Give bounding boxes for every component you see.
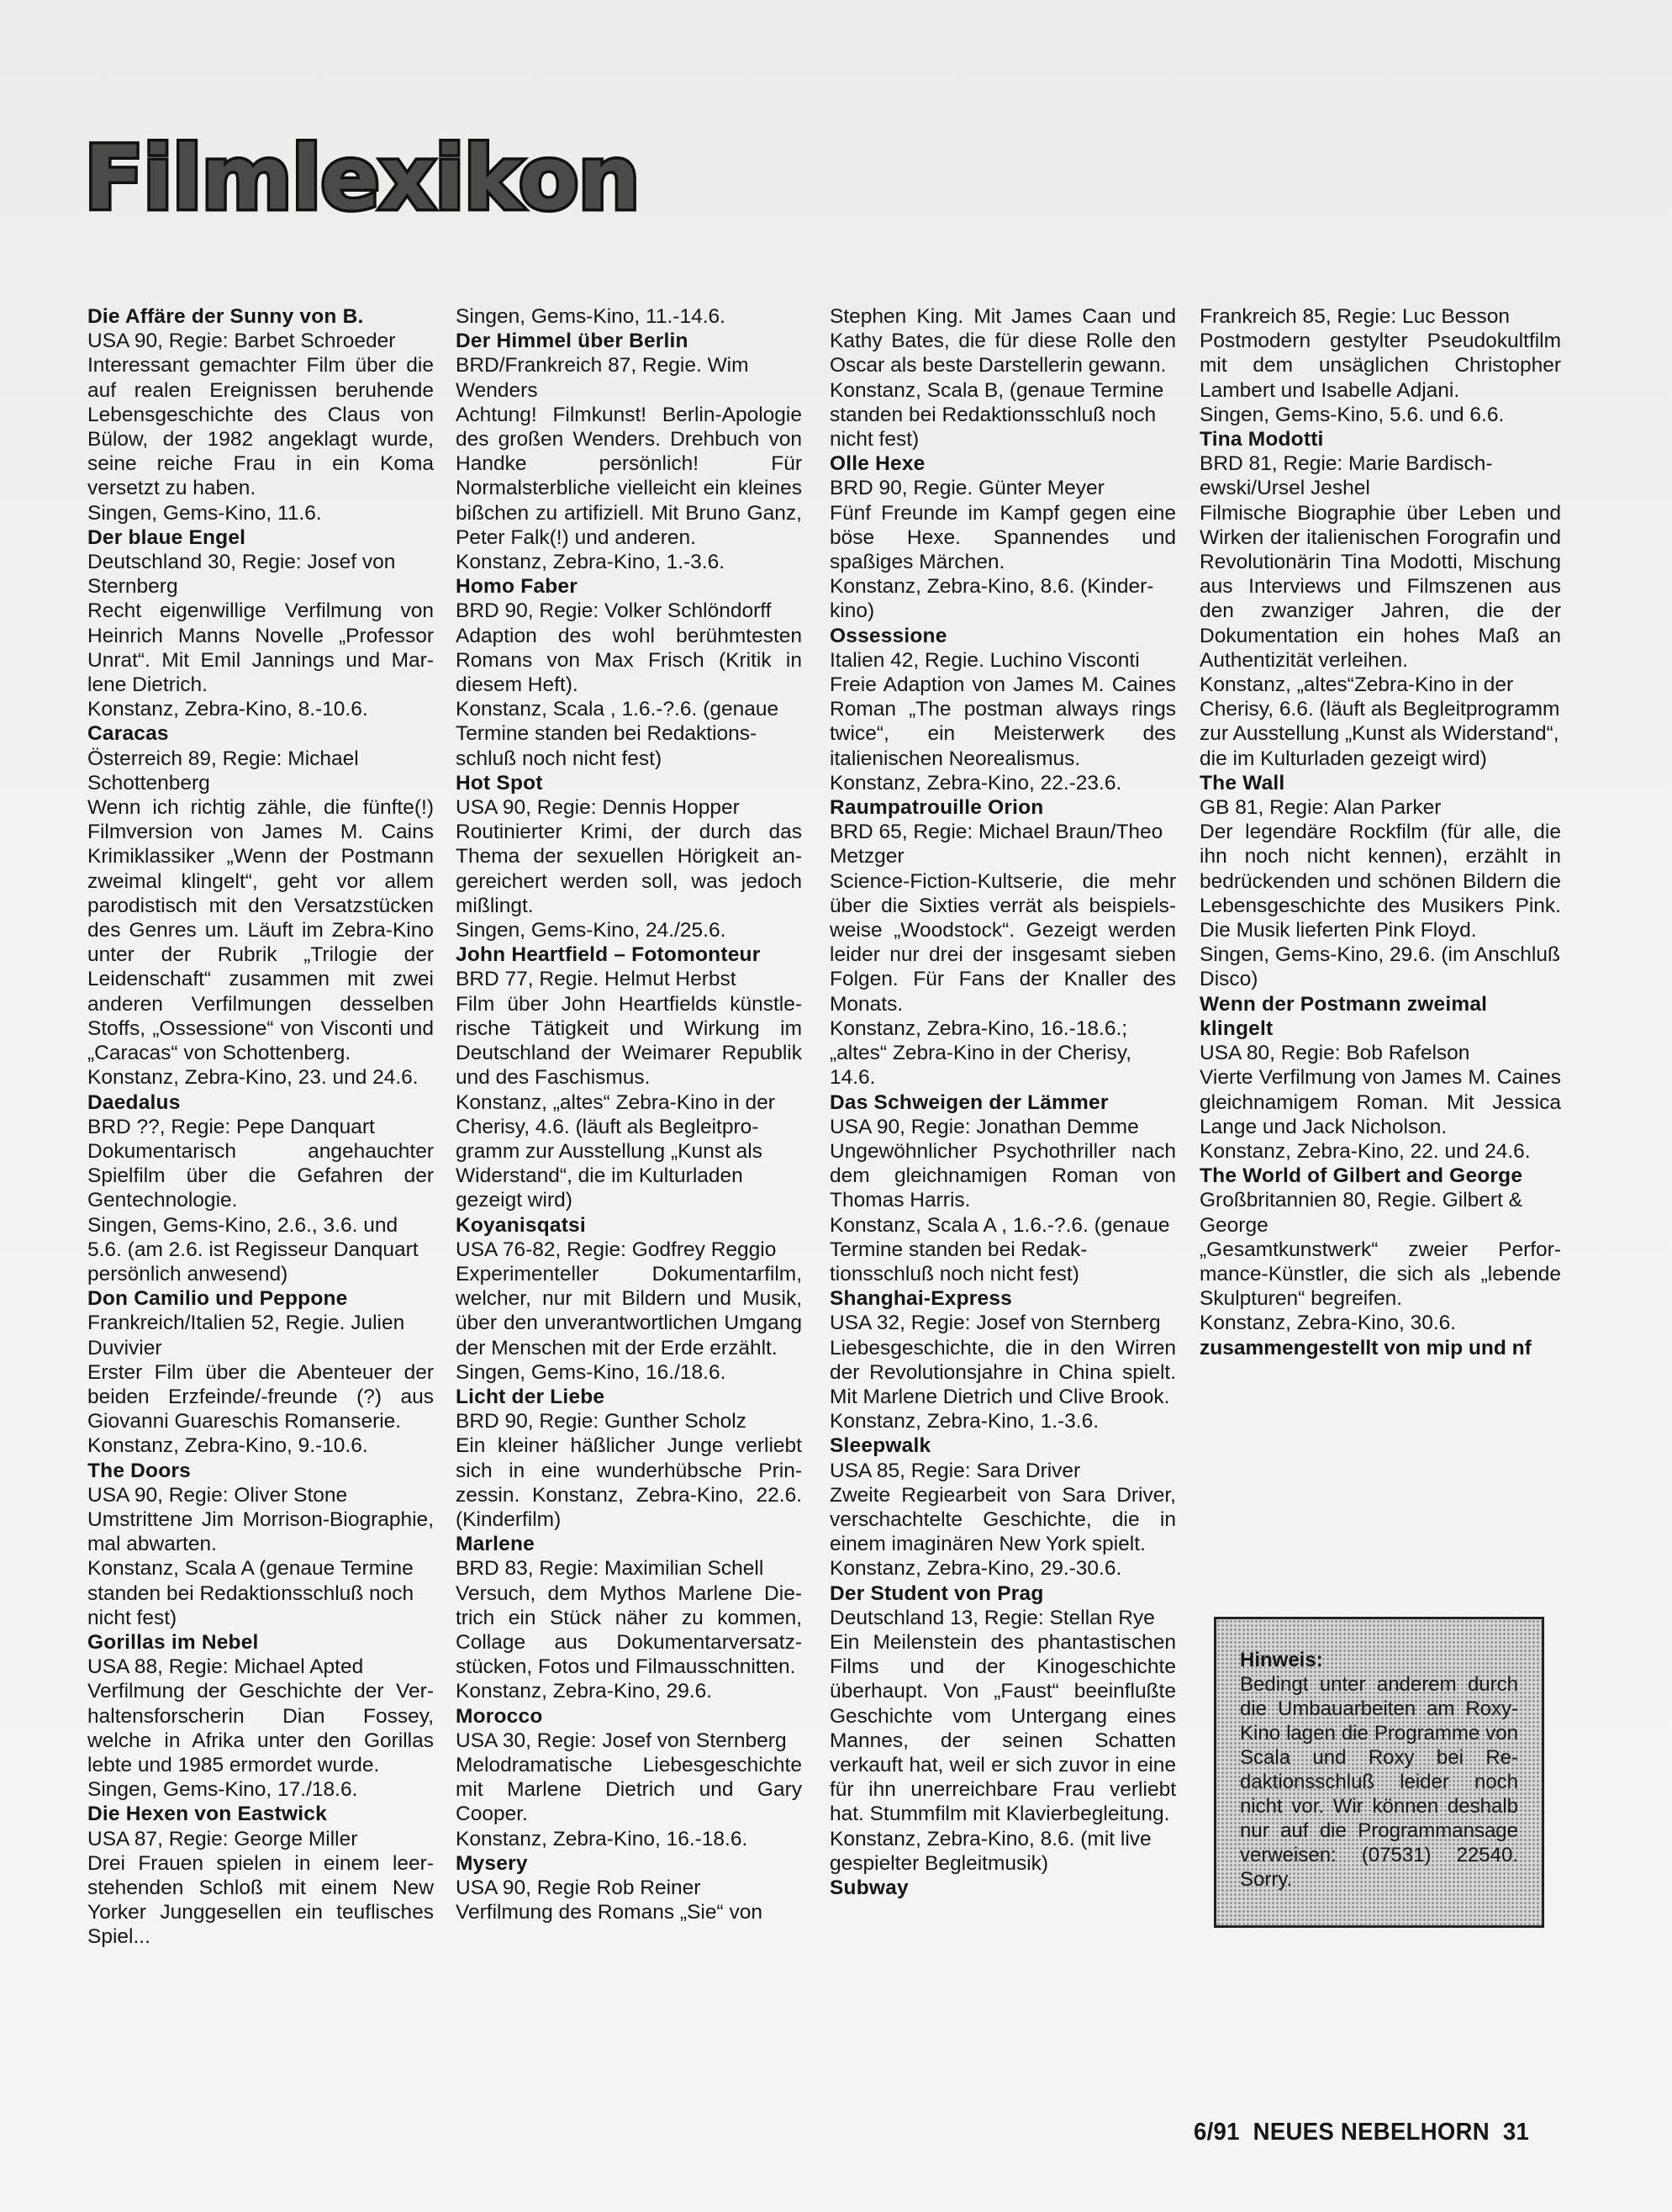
film-venue: Singen, Gems-Kino, 5.6. und 6.6. bbox=[1200, 403, 1561, 427]
film-meta: BRD 65, Regie: Michael Braun/Theo Metzge… bbox=[830, 820, 1176, 868]
film-entry: Subway bbox=[830, 1876, 1176, 1900]
film-title: The Wall bbox=[1200, 771, 1561, 795]
film-entry: The Wall GB 81, Regie: Alan Parker Der l… bbox=[1200, 771, 1561, 992]
film-entry: Der Himmel über Berlin BRD/Frankreich 87… bbox=[456, 329, 802, 574]
film-entry: Der blaue Engel Deutschland 30, Regie: J… bbox=[87, 525, 434, 722]
film-meta: USA 30, Regie: Josef von Stern­berg bbox=[456, 1729, 802, 1753]
film-meta: USA 80, Regie: Bob Rafelson bbox=[1200, 1041, 1561, 1065]
film-description: Adaption des wohl berühmtesten Romans vo… bbox=[456, 624, 802, 698]
column-2: Singen, Gems-Kino, 11.-14.6. Der Himmel … bbox=[456, 304, 802, 1924]
film-venue: Konstanz, Zebra-Kino, 22. und 24.6. bbox=[1200, 1139, 1561, 1164]
film-venue: Singen, Gems-Kino, 2.6., 3.6. und 5.6. (… bbox=[87, 1213, 434, 1287]
film-description: Stephen King. Mit James Caan und Kathy B… bbox=[830, 304, 1176, 378]
film-entry: Gorillas im Nebel USA 88, Regie: Michael… bbox=[87, 1630, 434, 1802]
film-venue: Konstanz, Zebra-Kino, 8.6. (Kinder­kino) bbox=[830, 574, 1176, 623]
film-entry: Homo Faber BRD 90, Regie: Volker Schlönd… bbox=[456, 574, 802, 771]
film-meta: USA 90, Regie: Barbet Schroeder bbox=[87, 329, 434, 353]
film-title: Homo Faber bbox=[456, 574, 802, 599]
film-description: Verfilmung des Romans „Sie“ von bbox=[456, 1900, 802, 1924]
film-venue: Konstanz, Zebra-Kino, 8.-10.6. bbox=[87, 697, 434, 721]
film-description: Melodramatische Liebesgeschich­te mit Ma… bbox=[456, 1753, 802, 1827]
film-entry: Der Student von Prag Deutschland 13, Reg… bbox=[830, 1581, 1176, 1876]
film-meta: BRD/Frankreich 87, Regie. Wim Wenders bbox=[456, 353, 802, 402]
film-venue: Konstanz, Scala A (genaue Termi­ne stand… bbox=[87, 1556, 434, 1630]
film-description: Filmische Biographie über Leben und Wirk… bbox=[1200, 501, 1561, 673]
film-venue: Singen, Gems-Kino, 24./25.6. bbox=[456, 918, 802, 942]
film-description: Ungewöhnlicher Psychothriller nach dem g… bbox=[830, 1139, 1176, 1213]
film-entry: Die Hexen von Eastwick USA 87, Regie: Ge… bbox=[87, 1802, 434, 1949]
film-venue: Singen, Gems-Kino, 17./18.6. bbox=[87, 1777, 434, 1802]
film-venue: Konstanz, Zebra-Kino, 9.-10.6. bbox=[87, 1433, 434, 1458]
film-title: Mysery bbox=[456, 1851, 802, 1876]
film-venue: Konstanz, „altes“Zebra-Kino in der Cheri… bbox=[1200, 673, 1561, 771]
film-description: Ein Meilenstein des phantasti­schen Film… bbox=[830, 1630, 1176, 1827]
film-venue: Konstanz, Zebra-Kino, 16.-18.6. bbox=[456, 1827, 802, 1851]
film-description: Interessant gemachter Film über die auf … bbox=[87, 353, 434, 500]
film-venue: Konstanz, Scala B, (genaue Termi­ne stan… bbox=[830, 378, 1176, 452]
film-venue: Konstanz, „altes“ Zebra-Kino in der Cher… bbox=[456, 1090, 802, 1213]
film-meta: USA 85, Regie: Sara Driver bbox=[830, 1459, 1176, 1483]
film-meta: Österreich 89, Regie: Michael Schottenbe… bbox=[87, 747, 434, 795]
page-footer: 6/91 NEUES NEBELHORN 31 bbox=[1194, 2119, 1529, 2146]
film-title: Die Affäre der Sunny von B. bbox=[87, 304, 434, 329]
film-title: Tina Modotti bbox=[1200, 427, 1561, 451]
film-venue: Konstanz, Zebra-Kino, 1.-3.6. bbox=[830, 1409, 1176, 1433]
notice-text: Bedingt unter anderem durch die Umbauarb… bbox=[1240, 1672, 1518, 1892]
notice-title: Hinweis: bbox=[1240, 1648, 1518, 1672]
film-meta: GB 81, Regie: Alan Parker bbox=[1200, 795, 1561, 820]
film-meta: Italien 42, Regie. Luchino Visconti bbox=[830, 648, 1176, 673]
film-meta: BRD ??, Regie: Pepe Danquart bbox=[87, 1115, 434, 1139]
film-meta: Deutschland 13, Regie: Stellan Rye bbox=[830, 1606, 1176, 1630]
film-entry: Olle Hexe BRD 90, Regie. Günter Meyer Fü… bbox=[830, 451, 1176, 623]
film-meta: BRD 81, Regie: Marie Bardisch­ewski/Urse… bbox=[1200, 451, 1561, 500]
film-description: Ein kleiner häßlicher Junge verliebt sic… bbox=[456, 1433, 802, 1532]
film-venue: Konstanz, Scala , 1.6.-?.6. (genaue Term… bbox=[456, 697, 802, 771]
film-description: Science-Fiction-Kultserie, die mehr über… bbox=[830, 869, 1176, 1016]
film-entry: Ossessione Italien 42, Regie. Luchino Vi… bbox=[830, 624, 1176, 795]
film-title: Ossessione bbox=[830, 624, 1176, 648]
film-meta: Frankreich 85, Regie: Luc Besson bbox=[1200, 304, 1561, 329]
film-title: Shanghai-Express bbox=[830, 1286, 1176, 1311]
film-description: Umstrittene Jim Morrison-Biogra­phie, ma… bbox=[87, 1507, 434, 1556]
film-entry: Caracas Österreich 89, Regie: Michael Sc… bbox=[87, 721, 434, 1090]
film-meta: Großbritannien 80, Regie. Gilbert & Geor… bbox=[1200, 1188, 1561, 1237]
film-entry: Daedalus BRD ??, Regie: Pepe Danquart Do… bbox=[87, 1090, 434, 1287]
film-venue: Konstanz, Zebra-Kino, 30.6. bbox=[1200, 1311, 1561, 1335]
film-title: Daedalus bbox=[87, 1090, 434, 1115]
film-title: Licht der Liebe bbox=[456, 1385, 802, 1409]
film-entry: Morocco USA 30, Regie: Josef von Stern­b… bbox=[456, 1704, 802, 1851]
film-venue: Konstanz, Scala A , 1.6.-?.6. (ge­naue T… bbox=[830, 1213, 1176, 1287]
film-meta: USA 87, Regie: George Miller bbox=[87, 1827, 434, 1851]
film-description: Recht eigenwillige Verfilmung von Heinri… bbox=[87, 599, 434, 697]
film-meta: BRD 90, Regie. Günter Meyer bbox=[830, 476, 1176, 500]
film-meta: Frankreich/Italien 52, Regie. Julien Duv… bbox=[87, 1311, 434, 1359]
film-title: The World of Gilbert and George bbox=[1200, 1164, 1561, 1188]
film-description: Film über John Heartfields künstle­risch… bbox=[456, 992, 802, 1090]
film-description: Routinierter Krimi, der durch das Thema … bbox=[456, 820, 802, 918]
film-entry: Die Affäre der Sunny von B. USA 90, Regi… bbox=[87, 304, 434, 525]
film-description: Erster Film über die Abenteuer der beide… bbox=[87, 1360, 434, 1434]
film-description: „Gesamtkunstwerk“ zweier Perfor­mance-Kü… bbox=[1200, 1238, 1561, 1312]
film-entry: Mysery USA 90, Regie Rob Reiner Verfilmu… bbox=[456, 1851, 802, 1925]
film-meta: USA 76-82, Regie: Godfrey Reggio bbox=[456, 1238, 802, 1262]
film-entry: Das Schweigen der Lämmer USA 90, Regie: … bbox=[830, 1090, 1176, 1287]
film-title: John Heartfield – Fotomonteur bbox=[456, 942, 802, 967]
film-title: Olle Hexe bbox=[830, 451, 1176, 476]
film-title: Hot Spot bbox=[456, 771, 802, 795]
film-title: Koyanisqatsi bbox=[456, 1213, 802, 1238]
film-venue: Konstanz, Zebra-Kino, 22.-23.6. bbox=[830, 771, 1176, 795]
film-title: Gorillas im Nebel bbox=[87, 1630, 434, 1655]
credits: zusammengestellt von mip und nf bbox=[1200, 1336, 1561, 1360]
film-venue: Singen, Gems-Kino, 11.6. bbox=[87, 501, 434, 525]
film-title: Caracas bbox=[87, 721, 434, 746]
film-description: Postmodern gestylter Pseudokult­film mit… bbox=[1200, 329, 1561, 403]
page-title: Filmlexikon bbox=[84, 135, 639, 222]
film-meta: Deutschland 30, Regie: Josef von Sternbe… bbox=[87, 550, 434, 599]
film-venue: Konstanz, Zebra-Kino, 29.-30.6. bbox=[830, 1556, 1176, 1581]
film-title: Marlene bbox=[456, 1532, 802, 1556]
film-description: Verfilmung der Geschichte der Ver­halten… bbox=[87, 1679, 434, 1777]
film-venue: Konstanz, Zebra-Kino, 23. und 24.6. bbox=[87, 1065, 434, 1090]
film-meta: USA 88, Regie: Michael Apted bbox=[87, 1655, 434, 1679]
film-entry: The World of Gilbert and George Großbrit… bbox=[1200, 1164, 1561, 1335]
film-entry: Don Camilio und Peppone Frankreich/Itali… bbox=[87, 1286, 434, 1458]
film-meta: BRD 83, Regie: Maximilian Schell bbox=[456, 1556, 802, 1581]
film-meta: BRD 77, Regie. Helmut Herbst bbox=[456, 967, 802, 991]
film-venue: Konstanz, Zebra-Kino, 16.-18.6.; „altes“… bbox=[830, 1016, 1176, 1090]
film-meta: BRD 90, Regie: Gunther Scholz bbox=[456, 1409, 802, 1433]
film-title: Der Student von Prag bbox=[830, 1581, 1176, 1606]
film-venue: Singen, Gems-Kino, 11.-14.6. bbox=[456, 304, 802, 329]
film-entry: Koyanisqatsi USA 76-82, Regie: Godfrey R… bbox=[456, 1213, 802, 1385]
film-title: Der Himmel über Berlin bbox=[456, 329, 802, 353]
column-1: Die Affäre der Sunny von B. USA 90, Regi… bbox=[87, 304, 434, 1950]
film-description: Vierte Verfilmung von James M. Caines gl… bbox=[1200, 1065, 1561, 1139]
film-description: Wenn ich richtig zähle, die fünfte(!) Fi… bbox=[87, 795, 434, 1065]
film-entry: Wenn der Postmann zweimal klingelt USA 8… bbox=[1200, 992, 1561, 1164]
film-title: Wenn der Postmann zweimal klingelt bbox=[1200, 992, 1561, 1041]
film-meta: USA 90, Regie: Dennis Hopper bbox=[456, 795, 802, 820]
film-description: Drei Frauen spielen in einem leer­stehen… bbox=[87, 1851, 434, 1950]
film-description: Freie Adaption von James M. Cai­nes Roma… bbox=[830, 673, 1176, 771]
film-entry: Tina Modotti BRD 81, Regie: Marie Bardis… bbox=[1200, 427, 1561, 771]
film-description: Achtung! Filmkunst! Berlin-Apolo­gie des… bbox=[456, 403, 802, 550]
film-entry: The Doors USA 90, Regie: Oliver Stone Um… bbox=[87, 1459, 434, 1630]
film-meta: USA 90, Regie Rob Reiner bbox=[456, 1876, 802, 1900]
film-entry: Licht der Liebe BRD 90, Regie: Gunther S… bbox=[456, 1385, 802, 1532]
film-venue: Konstanz, Zebra-Kino, 29.6. bbox=[456, 1679, 802, 1703]
film-title: Der blaue Engel bbox=[87, 525, 434, 550]
film-description: Versuch, dem Mythos Marlene Die­trich ei… bbox=[456, 1581, 802, 1680]
film-title: Das Schweigen der Lämmer bbox=[830, 1090, 1176, 1115]
film-meta: USA 90, Regie: Oliver Stone bbox=[87, 1483, 434, 1507]
film-venue: Singen, Gems-Kino, 29.6. (im An­schluß D… bbox=[1200, 942, 1561, 991]
film-title: Raumpatrouille Orion bbox=[830, 795, 1176, 820]
film-description: Dokumentarisch angehauchter Spielfilm üb… bbox=[87, 1139, 434, 1213]
column-4: Frankreich 85, Regie: Luc Besson Postmod… bbox=[1200, 304, 1561, 1360]
film-description: Liebesgeschichte, die in den Wir­ren der… bbox=[830, 1336, 1176, 1410]
film-title: Don Camilio und Peppone bbox=[87, 1286, 434, 1311]
film-entry: Sleepwalk USA 85, Regie: Sara Driver Zwe… bbox=[830, 1433, 1176, 1581]
notice-box: Hinweis: Bedingt unter anderem durch die… bbox=[1214, 1617, 1544, 1928]
film-title: Morocco bbox=[456, 1704, 802, 1729]
film-entry: John Heartfield – Fotomonteur BRD 77, Re… bbox=[456, 942, 802, 1212]
film-entry: Hot Spot USA 90, Regie: Dennis Hopper Ro… bbox=[456, 771, 802, 942]
film-venue: Konstanz, Zebra-Kino, 1.-3.6. bbox=[456, 550, 802, 574]
column-3: Stephen King. Mit James Caan und Kathy B… bbox=[830, 304, 1176, 1900]
film-meta: USA 90, Regie: Jonathan Demme bbox=[830, 1115, 1176, 1139]
film-entry: Shanghai-Express USA 32, Regie: Josef vo… bbox=[830, 1286, 1176, 1433]
film-title: Die Hexen von Eastwick bbox=[87, 1802, 434, 1826]
film-description: Der legendäre Rockfilm (für alle, die ih… bbox=[1200, 820, 1561, 942]
film-venue: Singen, Gems-Kino, 16./18.6. bbox=[456, 1360, 802, 1385]
film-meta: BRD 90, Regie: Volker Schlöndorff bbox=[456, 599, 802, 623]
film-title: Subway bbox=[830, 1876, 1176, 1900]
film-description: Zweite Regiearbeit von Sara Driver, vers… bbox=[830, 1483, 1176, 1557]
film-entry: Marlene BRD 83, Regie: Maximilian Schell… bbox=[456, 1532, 802, 1703]
film-description: Fünf Freunde im Kampf gegen ei­ne böse H… bbox=[830, 501, 1176, 575]
film-title: The Doors bbox=[87, 1459, 434, 1483]
film-title: Sleepwalk bbox=[830, 1433, 1176, 1458]
film-description: Experimenteller Dokumentarfilm, welcher,… bbox=[456, 1262, 802, 1360]
film-meta: USA 32, Regie: Josef von Stern­berg bbox=[830, 1311, 1176, 1335]
film-entry: Raumpatrouille Orion BRD 65, Regie: Mich… bbox=[830, 795, 1176, 1090]
film-venue: Konstanz, Zebra-Kino, 8.6. (mit live ges… bbox=[830, 1827, 1176, 1876]
